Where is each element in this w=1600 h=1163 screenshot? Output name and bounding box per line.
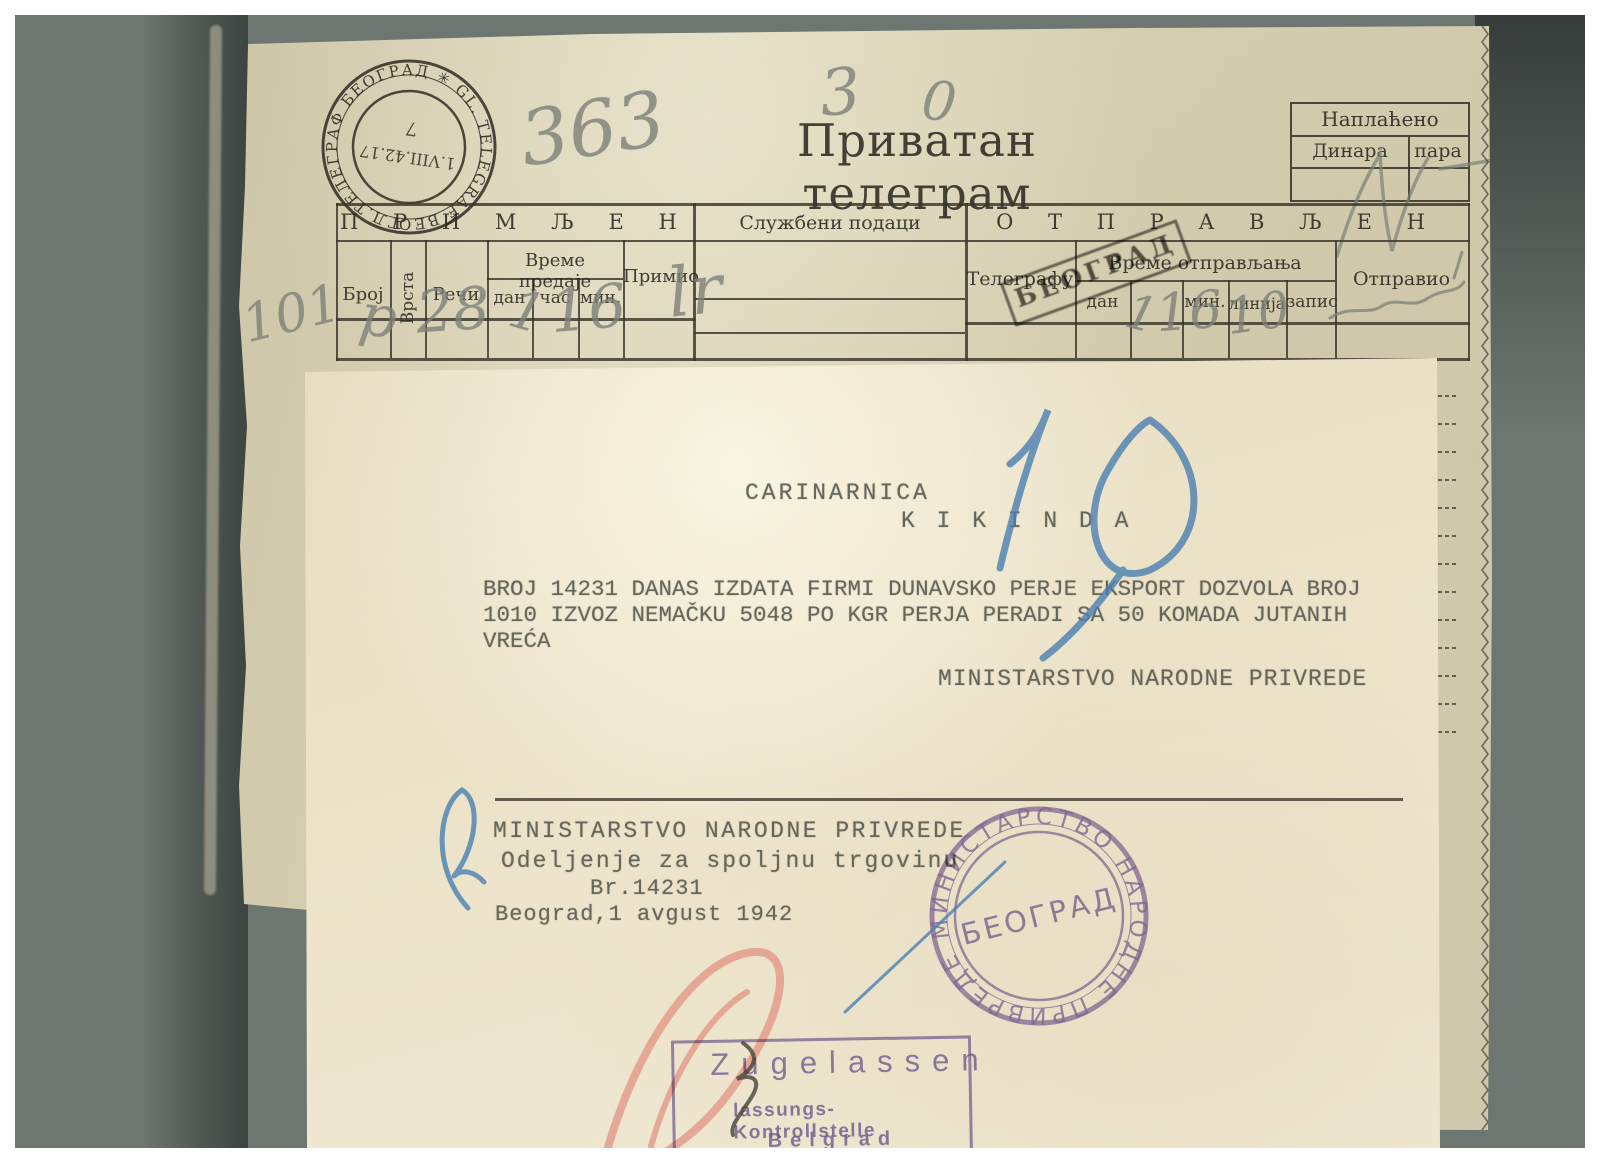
received-section-header: П Р И М Љ Е Н [336,210,695,234]
handwritten-reci: 28 [414,274,492,347]
grid-line [695,332,965,334]
telegram-row-line-stub [1438,479,1456,481]
handwritten-sent-linija: 10 [1222,280,1293,346]
ministry-document: CARINARNICA K I K I N D A BROJ 14231 DAN… [305,358,1440,1148]
telegram-row-line-stub [1438,731,1456,733]
telegram-row-line-stub [1438,591,1456,593]
pencil-z-mark [725,1033,795,1148]
deckle-zigzag-edge [1476,26,1490,1130]
telegram-row-line-stub [1438,675,1456,677]
telegram-row-line-stub [1438,563,1456,565]
telegram-row-line-stub [1438,423,1456,425]
message-row-stubs [1438,26,1456,1130]
handwritten-sent-min: 16 [1154,280,1224,344]
handwritten-primio: lr [664,249,726,333]
telegram-row-line-stub [1438,703,1456,705]
sent-section-header: О Т П Р А В Љ Е Н [965,210,1470,234]
grid-line [336,240,1470,242]
telegram-row-line-stub [1438,535,1456,537]
telegram-row-line-stub [1438,451,1456,453]
left-shadow-band [143,15,248,1148]
postmark-date: 1.VIII.42.17 [358,141,456,173]
handwritten-cas: 16 [547,271,629,347]
telegram-row-line-stub [1438,619,1456,621]
telegram-row-line-stub [1438,507,1456,509]
telegram-row-line-stub [1438,647,1456,649]
grid-line [695,298,965,300]
telegram-row-line-stub [1438,395,1456,397]
red-pencil-loop [305,358,1440,1148]
official-data-header: Службени подаци [695,212,965,234]
postmark-hour: 7 [404,116,419,139]
grid-line [336,203,1470,206]
sender-signature [1322,246,1482,336]
top-right-shadow [1475,15,1585,435]
control-stamp-box: Zugelassen lassungs- Kontrollstelle Belg… [671,1035,973,1148]
scan-canvas: ГЛ.ТЕЛЕГРАФ БЕОГРАД ✳ GL. TELEGRAF BEOGR… [0,0,1600,1163]
